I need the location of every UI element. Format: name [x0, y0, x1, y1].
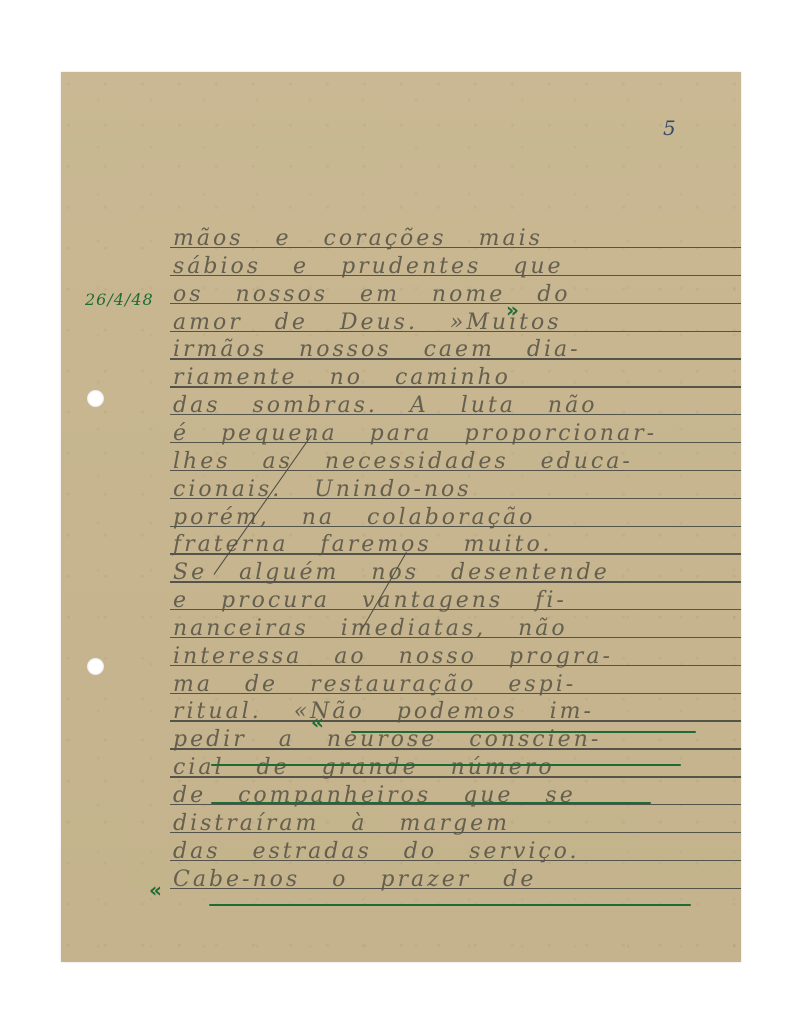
text-line: Se alguém nos desentende: [173, 559, 733, 587]
green-quote-marker: »: [506, 298, 519, 322]
green-underline: [209, 904, 691, 906]
green-underline: [351, 731, 696, 733]
text-line: de companheiros que se: [173, 782, 733, 810]
text-line: amor de Deus. »Muitos: [173, 309, 733, 337]
text-line: porém, na colaboração: [173, 504, 733, 532]
manuscript-page: 5 26/4/48 mãos e corações maissábios e p…: [61, 72, 741, 962]
text-line: fraterna faremos muito.: [173, 531, 733, 559]
text-line: cionais. Unindo-nos: [173, 476, 733, 504]
text-line: distraíram à margem: [173, 810, 733, 838]
text-line: ma de restauração espi-: [173, 671, 733, 699]
text-line: riamente no caminho: [173, 364, 733, 392]
text-line: ritual. «Não podemos im-: [173, 698, 733, 726]
punch-hole-top: [87, 390, 104, 407]
text-line: lhes as necessidades educa-: [173, 448, 733, 476]
text-line: das estradas do serviço.: [173, 838, 733, 866]
text-line: sábios e prudentes que: [173, 253, 733, 281]
punch-hole-bottom: [87, 658, 104, 675]
green-quote-marker: «: [149, 878, 162, 902]
green-underline: [211, 802, 651, 804]
green-quote-marker: «: [311, 710, 324, 734]
text-line: nanceiras imediatas, não: [173, 615, 733, 643]
text-line: os nossos em nome do: [173, 281, 733, 309]
green-underline: [211, 764, 681, 766]
text-line: cial de grande número: [173, 754, 733, 782]
text-line: das sombras. A luta não: [173, 392, 733, 420]
text-line: mãos e corações mais: [173, 225, 733, 253]
margin-date-note: 26/4/48: [85, 290, 154, 309]
text-line: irmãos nossos caem dia-: [173, 336, 733, 364]
page-number: 5: [663, 116, 676, 140]
text-line: é pequena para proporcionar-: [173, 420, 733, 448]
text-line: e procura vantagens fi-: [173, 587, 733, 615]
text-line: interessa ao nosso progra-: [173, 643, 733, 671]
text-line: Cabe-nos o prazer de: [173, 866, 733, 894]
